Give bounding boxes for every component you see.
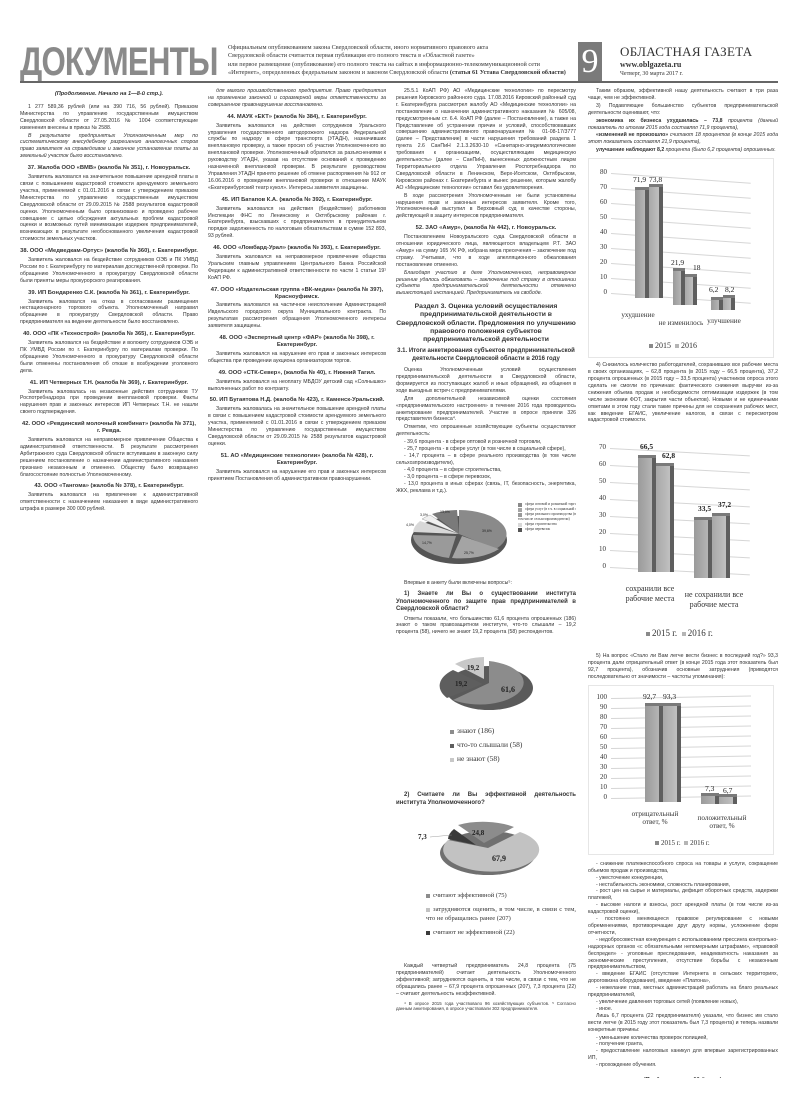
complaint-text: Заявитель жаловался на значительное повы… xyxy=(20,174,198,243)
list-item: «изменений не произошло» считают 18 проц… xyxy=(588,132,778,146)
complaint-text: Заявитель жаловалась на незаконные дейст… xyxy=(20,389,198,417)
bar-2016 xyxy=(649,187,663,298)
list-item: - недобросовестная конкуренция с использ… xyxy=(588,937,778,972)
list-item: - постоянно меняющееся правовое регулиро… xyxy=(588,916,778,937)
chart-legend: 2015 2016 xyxy=(649,343,697,350)
complaint-48: 48. ООО «Экспертный центр «ФАР» (жалоба … xyxy=(208,335,386,365)
paragraph: Оценка Уполномоченным условий осуществле… xyxy=(396,367,576,395)
svg-text:19,2: 19,2 xyxy=(467,664,480,672)
positive-reasons-list: - уменьшение количества проверок полицие… xyxy=(588,1035,778,1070)
legend-swatch xyxy=(426,894,430,898)
legend-item: затрудняются оценить, в том числе, в свя… xyxy=(426,905,576,923)
list-item: - 13,0 процента в иных сферах (связь, IT… xyxy=(396,481,576,495)
newspaper-name: ОБЛАСТНАЯ ГАЗЕТА xyxy=(620,44,753,60)
legend-swatch xyxy=(450,730,454,734)
complaint-text: Заявитель жаловалась на значительное пов… xyxy=(208,406,386,447)
svg-text:13,0%: 13,0% xyxy=(440,510,450,514)
pie-graphic: 67,9 24,8 7,3 xyxy=(410,813,540,883)
gridline xyxy=(610,465,750,473)
pie-graphic: 61,6 19,2 19,2 xyxy=(431,648,541,718)
website-link[interactable]: www.oblgazeta.ru xyxy=(620,60,681,69)
complaint-text: Заявитель жаловался на неправомерное при… xyxy=(20,437,198,478)
complaint-text: Заявитель жаловался на неправомерное при… xyxy=(208,254,386,282)
header-divider xyxy=(20,81,778,83)
sector-pie-chart: 39,6% 25,7% 14,7% 4,0% 3,0% 13,0% сфера … xyxy=(396,498,576,576)
complaint-50: 50. ИП Бугаятова Н.Д. (жалоба № 423), г.… xyxy=(208,397,386,447)
list-item: - ужесточение конкуренции, xyxy=(588,875,778,882)
legend-swatch xyxy=(518,513,522,517)
bar-2016 xyxy=(723,298,735,310)
complaint-51: 51. АО «Медицинские технологии» (жалоба … xyxy=(208,453,386,483)
complaint-41: 41. ИП Четверных Т.Н. (жалоба № 369), г.… xyxy=(20,380,198,417)
bar-2016 xyxy=(712,516,730,578)
complaint-heading: 52. ЗАО «Амур», (жалоба № 442), г. Новоу… xyxy=(396,225,576,232)
list-item: - увеличение давления торговых сетей (по… xyxy=(588,999,778,1006)
column-4: Таким образом, эффективной нашу деятельн… xyxy=(588,88,778,1078)
continued-note: (Продолжение на 10-й стр.). xyxy=(588,1077,778,1078)
paragraph: Для дополнительной независимой оценки со… xyxy=(396,396,576,424)
list-item: - высокие налоги и взносы, рост арендной… xyxy=(588,902,778,916)
svg-text:7,3: 7,3 xyxy=(418,833,427,841)
paragraph: Ответы показали, что большинство 61,6 пр… xyxy=(396,616,576,637)
masthead: ДОКУМЕНТЫ Официальным опубликованием зак… xyxy=(0,40,800,82)
paragraph: 5) На вопрос «Стало ли Вам легче вести б… xyxy=(588,653,778,681)
complaint-text: Заявитель жаловался на бездействие и вол… xyxy=(20,340,198,375)
page-number: 9 xyxy=(578,42,602,82)
paragraph: 4) Снизилось количество работодателей, с… xyxy=(588,362,778,424)
complaint-37: 37. Жалоба ООО «ВМВ» (жалоба № 351), г. … xyxy=(20,165,198,243)
complaint-heading: 42. ООО «Ревдинский молочный комбинат» (… xyxy=(20,421,198,435)
section-heading: Раздел 3. Оценка условий осуществления п… xyxy=(396,303,576,344)
legend-item: что-то слышали (58) xyxy=(450,738,522,752)
list-item: экономика их бизнеса ухудшилась – 73,8 п… xyxy=(588,118,778,132)
svg-text:25,7%: 25,7% xyxy=(464,551,474,555)
sector-pie-legend: сфера оптовой и розничной торговли сфера… xyxy=(518,502,576,532)
paragraph: Таким образом, эффективной нашу деятельн… xyxy=(588,88,778,102)
paragraph-italic: для малого производственного предприятия… xyxy=(208,88,386,109)
complaint-42: 42. ООО «Ревдинский молочный комбинат» (… xyxy=(20,421,198,478)
business-change-bar-chart: 80 70 60 50 40 30 20 10 0 71,9 73,8 21,9… xyxy=(588,158,774,358)
complaint-heading: 45. ИП Батапов К.А. (жалоба № 392), г. Е… xyxy=(208,197,386,204)
bar-2015 xyxy=(673,271,685,305)
complaint-heading: 37. Жалоба ООО «ВМВ» (жалоба № 351), г. … xyxy=(20,165,198,172)
legend-swatch xyxy=(684,841,688,845)
list-item: - предоставление налоговых каникул для в… xyxy=(588,1048,778,1062)
complaint-text: Заявитель жаловался на привлечение к адм… xyxy=(20,492,198,513)
svg-text:67,9: 67,9 xyxy=(492,854,506,863)
complaint-text: Заявитель жаловался на нарушение его пра… xyxy=(208,469,386,483)
legend-swatch xyxy=(655,841,659,845)
bar-2015 xyxy=(694,520,712,578)
complaint-heading: 44. МАУК «ЕКТ» (жалоба № 384), г. Екатер… xyxy=(208,114,386,121)
gridline xyxy=(611,203,751,214)
list-item: - 25,7 процента - в сфере услуг (в том ч… xyxy=(396,446,576,453)
paragraph: Впервые в анкету были включены вопросы⁵: xyxy=(396,580,576,587)
legend-swatch xyxy=(675,344,679,348)
complaint-45: 45. ИП Батапов К.А. (жалоба № 392), г. Е… xyxy=(208,197,386,240)
complaint-text: Заявитель жаловался на частичное неиспол… xyxy=(208,302,386,330)
svg-text:14,7%: 14,7% xyxy=(422,541,432,545)
chart-legend: 2015 г. 2016 г. xyxy=(646,630,778,637)
complaint-49: 49. ООО «СТК-Север», (жалоба № 40), г. Н… xyxy=(208,370,386,393)
complaint-44: 44. МАУК «ЕКТ» (жалоба № 384), г. Екатер… xyxy=(208,114,386,192)
legend-item: не знают (58) xyxy=(450,752,522,766)
list-item: - введение ЕГАИС (отсутствие Интернета в… xyxy=(588,971,778,985)
list-item: - нежелание глав, местных администраций … xyxy=(588,985,778,999)
legend-swatch xyxy=(450,744,454,748)
complaint-46: 46. ООО «Ломбард-Урал» (жалоба № 393), г… xyxy=(208,245,386,282)
list-item: - прохождение обучения. xyxy=(588,1062,778,1069)
section-title: ДОКУМЕНТЫ xyxy=(20,42,218,82)
list-item: - снижение платежеспособного спроса на т… xyxy=(588,861,778,875)
legend-swatch xyxy=(518,523,522,527)
complaint-text: Заявитель жаловался на бездействие сотру… xyxy=(20,257,198,285)
publication-notice: Официальным опубликованием закона Свердл… xyxy=(228,44,578,78)
bar-2015 xyxy=(645,706,663,802)
legend-item: считают не эффективной (22) xyxy=(426,928,576,937)
gridline xyxy=(611,188,751,199)
complaint-47: 47. ООО «Издательская группа «ВК-медиа» … xyxy=(208,287,386,330)
bar-2016 xyxy=(656,466,674,572)
complaint-heading: 50. ИП Бугаятова Н.Д. (жалоба № 423), г.… xyxy=(208,397,386,404)
complaint-heading: 51. АО «Медицинские технологии» (жалоба … xyxy=(208,453,386,467)
jobs-retained-bar-chart: 70 60 50 40 30 20 10 0 66,5 62,8 33,5 37… xyxy=(588,428,774,628)
awareness-pie-legend: знают (186) что-то слышали (58) не знают… xyxy=(450,724,522,766)
sector-list: - 39,6 процента - в сфере оптовой и розн… xyxy=(396,439,576,494)
list-item: - нестабильность экономики, сложность пл… xyxy=(588,882,778,889)
legend-swatch xyxy=(426,908,430,912)
gridline xyxy=(611,173,751,184)
complaint-39: 39. ИП Бондаренко С.К. (жалоба № 361), г… xyxy=(20,290,198,327)
paragraph: 3) Подавляющее большинство субъектов пре… xyxy=(588,103,778,117)
legend-item: знают (186) xyxy=(450,724,522,738)
question-2: 2) Считаете ли Вы эффективной деятельнос… xyxy=(396,792,576,807)
legend-swatch xyxy=(682,632,686,636)
gridline xyxy=(611,233,751,244)
bar-2015 xyxy=(701,796,719,804)
pie-graphic: 39,6% 25,7% 14,7% 4,0% 3,0% 13,0% xyxy=(404,502,514,572)
footnote: ⁴ В опросе 2015 года участвовало 96 хозя… xyxy=(396,1001,576,1012)
continuation-note: (Продолжение. Начало на 1—8-й стр.). xyxy=(20,91,198,98)
svg-text:3,0%: 3,0% xyxy=(420,513,428,517)
bar-2015 xyxy=(638,458,656,572)
complaint-text: Заявитель жаловался на отказ в согласова… xyxy=(20,299,198,327)
list-item: - уменьшение количества проверок полицие… xyxy=(588,1035,778,1042)
svg-text:61,6: 61,6 xyxy=(501,685,515,694)
complaint-heading: 47. ООО «Издательская группа «ВК-медиа» … xyxy=(208,287,386,301)
legend-swatch xyxy=(649,344,653,348)
business-easier-bar-chart: 100 90 80 70 60 50 40 30 20 10 0 92,7 93… xyxy=(588,685,774,855)
bar-2016 xyxy=(719,797,737,804)
complaint-heading: 48. ООО «Экспертный центр «ФАР» (жалоба … xyxy=(208,335,386,349)
list-item: - 4,0 процента – в сфере строительства, xyxy=(396,467,576,474)
complaint-heading: 39. ИП Бондаренко С.К. (жалоба № 361), г… xyxy=(20,290,198,297)
awareness-pie-chart: 61,6 19,2 19,2 знают (186) что-то слышал… xyxy=(396,640,576,788)
difficulties-list: - снижение платежеспособного спроса на т… xyxy=(588,861,778,1013)
legend-item: сфера перевозок xyxy=(518,527,576,532)
legend-swatch xyxy=(450,758,454,762)
list-item: улучшение наблюдают 8,2 процента (было 6… xyxy=(588,147,778,154)
paragraph: Отметим, что опрошенные хозяйствующие су… xyxy=(396,424,576,438)
bar-2015 xyxy=(635,190,649,298)
bar-2016 xyxy=(663,706,681,802)
paragraph: 25.5.1 КоАП РФ) АО «Медицинские технолог… xyxy=(396,88,576,192)
legend-swatch xyxy=(426,931,430,935)
complaint-heading: 46. ООО «Ломбард-Урал» (жалоба № 393), г… xyxy=(208,245,386,252)
svg-text:19,2: 19,2 xyxy=(455,680,468,688)
complaint-heading: 41. ИП Четверных Т.Н. (жалоба № 369), г.… xyxy=(20,380,198,387)
complaint-heading: 40. ООО «ПК «Технострой» (жалоба № 365),… xyxy=(20,331,198,338)
effectiveness-pie-chart: 67,9 24,8 7,3 считают эффективной (75) з… xyxy=(396,811,576,959)
gridline xyxy=(610,482,750,490)
complaint-heading: 38. ООО «Медведкам-Ортус» (жалоба № 360)… xyxy=(20,248,198,255)
column-1: (Продолжение. Начало на 1—8-й стр.). 1 2… xyxy=(20,88,198,1078)
effectiveness-pie-legend: считают эффективной (75) затрудняются оц… xyxy=(426,891,576,937)
complaint-38: 38. ООО «Медведкам-Ортус» (жалоба № 360)… xyxy=(20,248,198,285)
chart-legend: 2015 г. 2016 г. xyxy=(655,840,710,847)
column-2: для малого производственного предприятия… xyxy=(208,88,386,1078)
complaint-text: Заявитель жаловался на нарушение его пра… xyxy=(208,351,386,365)
bar-2016 xyxy=(685,277,697,305)
paragraph: Лишь 6,7 процента (22 предпринимателя) у… xyxy=(588,1013,778,1034)
list-item: - 3,0 процента – в сфере перевозок, xyxy=(396,474,576,481)
column-3: 25.5.1 КоАП РФ) АО «Медицинские технолог… xyxy=(396,88,576,1078)
svg-text:4,0%: 4,0% xyxy=(406,523,414,527)
complaint-text: Заявитель жаловался на действия (бездейс… xyxy=(208,206,386,241)
list-item: - получение гранта, xyxy=(588,1041,778,1048)
complaint-43: 43. ООО «Тангома» (жалоба № 378), г. Ека… xyxy=(20,483,198,513)
complaint-text: Заявитель жаловался на действия сотрудни… xyxy=(208,123,386,192)
svg-text:24,8: 24,8 xyxy=(472,829,485,837)
question-1: 1) Знаете ли Вы о существовании институт… xyxy=(396,591,576,613)
gridline xyxy=(611,218,751,229)
list-item: - иное. xyxy=(588,1006,778,1013)
legend-swatch xyxy=(518,503,522,507)
paragraph-italic: Благодаря участию в деле Уполномоченного… xyxy=(396,270,576,298)
bar-2015 xyxy=(711,300,723,310)
list-item: - рост цен на сырье и материалы, дефицит… xyxy=(588,888,778,902)
gridline xyxy=(610,448,750,456)
complaint-text: Постановлением Новоуральского суда Сверд… xyxy=(396,234,576,269)
gridline xyxy=(611,695,751,698)
complaint-heading: 43. ООО «Тангома» (жалоба № 378), г. Ека… xyxy=(20,483,198,490)
legend-swatch xyxy=(518,528,522,532)
paragraph: 1 277 589,36 рублей (или на 390 716, 56 … xyxy=(20,104,198,132)
complaint-heading: 49. ООО «СТК-Север», (жалоба № 40), г. Н… xyxy=(208,370,386,377)
paragraph: В ходе рассмотрения Уполномоченным не бы… xyxy=(396,193,576,221)
legend-item: считают эффективной (75) xyxy=(426,891,576,900)
complaint-40: 40. ООО «ПК «Технострой» (жалоба № 365),… xyxy=(20,331,198,374)
svg-text:39,6%: 39,6% xyxy=(482,529,492,533)
subsection-heading: 3.1. Итоги анкетирования субъектов предп… xyxy=(396,348,576,363)
legend-swatch xyxy=(646,632,650,636)
list-item: - 14,7 процента – в сфере реального прои… xyxy=(396,453,576,467)
paragraph: Каждый четвертый предприниматель 24,8 пр… xyxy=(396,963,576,998)
complaint-text: Заявитель жаловался на неоплату МБДОУ де… xyxy=(208,379,386,393)
legend-swatch xyxy=(518,508,522,512)
issue-date: Четверг, 30 марта 2017 г. xyxy=(620,71,683,77)
legend-item: сфера реального производства (в том числ… xyxy=(518,512,576,522)
paragraph-italic: В результате предпринятых Уполномоченным… xyxy=(20,133,198,161)
